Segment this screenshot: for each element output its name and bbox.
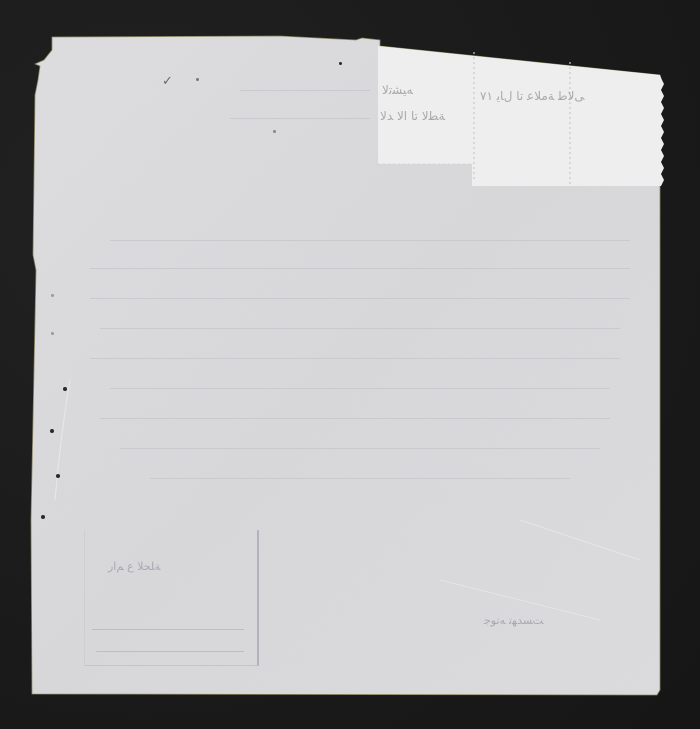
bleed-text-line (150, 478, 570, 479)
bleed-text-line (230, 118, 370, 119)
stamp-middle-line-1: ﯽﻟﺎﻃ ﺔﻣﻼﻋ ﺗﺎ ﻝﺎﻳ ٧١ (480, 89, 584, 103)
ink-dot (50, 429, 54, 433)
bleed-text-line (90, 298, 630, 299)
ink-dot (56, 474, 60, 478)
seal-box-text: ﺔﻠﺤﻠﺎ ﻉ ﻢﺍﺭ (108, 560, 160, 573)
ink-dot (339, 62, 342, 65)
stamp-left-line-2: ﺔﻄﻟﺎ ﺗﺎ ﺍﻟﺎ ﺪﻟﺎ (380, 109, 445, 123)
stamp-left-line-1: ﻪﻴﺸﺗﻟﺎ (382, 83, 413, 97)
ink-dot (273, 130, 276, 133)
seal-box-rule (92, 629, 244, 630)
bleed-text-line (240, 90, 370, 91)
bottom-right-bleed-text: ﺖﺴﺪﻬﺗ ﻪﺗﻮﺟ (484, 614, 543, 627)
seal-box (84, 530, 259, 666)
bleed-text-line (110, 240, 630, 241)
ink-dot (51, 294, 54, 297)
ink-dot (41, 515, 45, 519)
document-sheet: ﻪﻴﺸﺗﻟﺎ ﺔﻄﻟﺎ ﺗﺎ ﺍﻟﺎ ﺪﻟﺎ ﯽﻟﺎﻃ ﺔﻣﻼﻋ ﺗﺎ ﻝﺎﻳ … (0, 0, 700, 729)
ink-dot (63, 387, 67, 391)
bleed-text-line (120, 448, 600, 449)
check-mark: ✓ (162, 74, 174, 89)
ink-dot (51, 332, 54, 335)
bleed-text-line (90, 268, 630, 269)
bleed-text-line (100, 418, 610, 419)
seal-box-rule (96, 651, 244, 652)
ink-dot (196, 78, 199, 81)
bleed-text-line (90, 358, 620, 359)
bleed-text-line (100, 328, 620, 329)
bleed-text-line (110, 388, 610, 389)
